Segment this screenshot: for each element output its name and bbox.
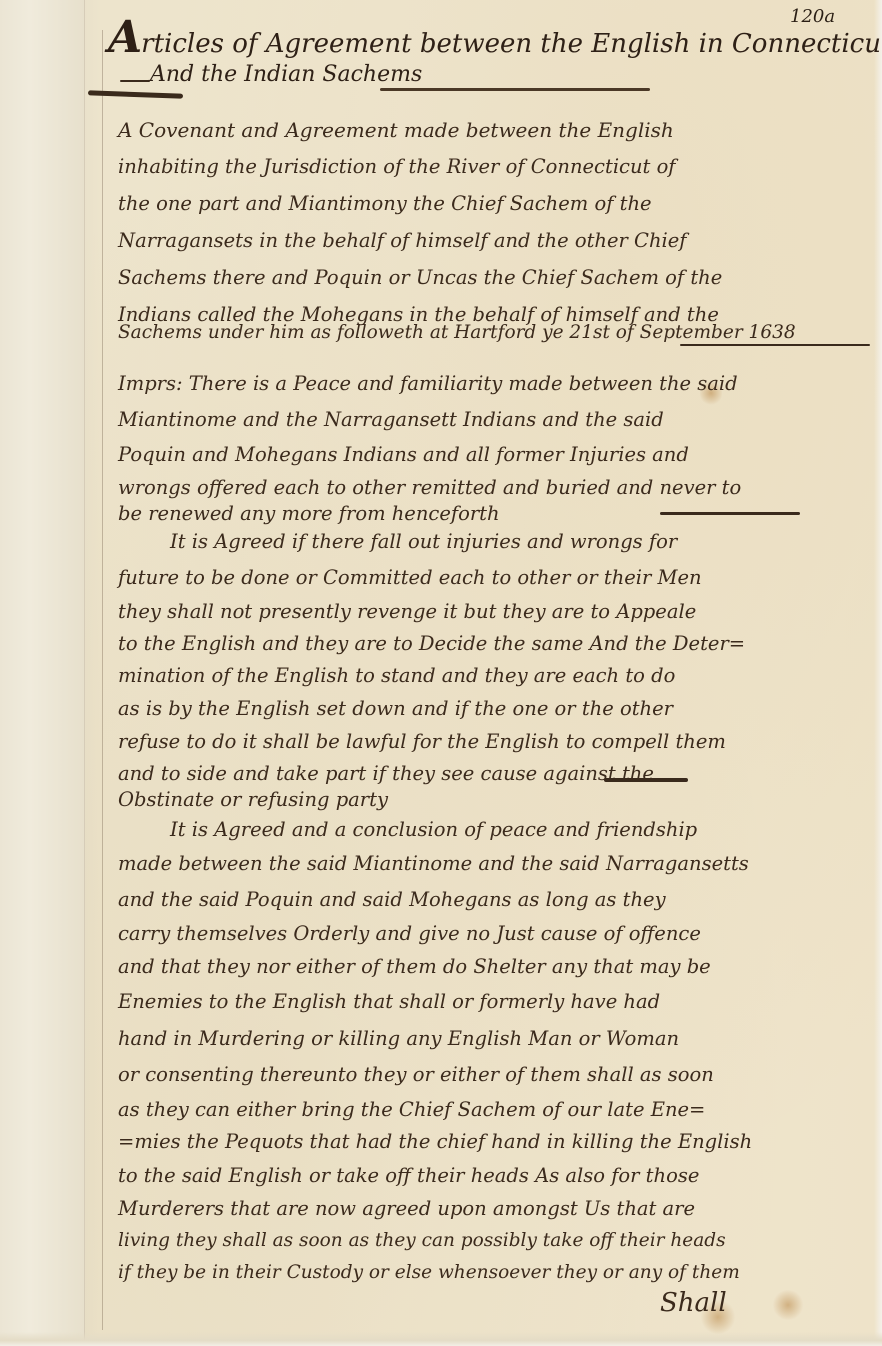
text-line: mination of the English to stand and the… [118,664,675,687]
text-line: Sachems there and Poquin or Uncas the Ch… [118,266,722,289]
page-bottom-edge [0,1332,882,1346]
catchword: Shall [660,1288,727,1318]
text-line: they shall not presently revenge it but … [118,600,696,623]
text-line: Miantinome and the Narragansett Indians … [118,408,664,431]
margin-rule-line [102,30,103,1330]
paragraph-end-flourish [660,512,800,515]
text-line: or consenting thereunto they or either o… [118,1063,714,1086]
text-line: wrongs offered each to other remitted an… [118,476,741,499]
text-line: It is Agreed if there fall out injuries … [170,530,677,553]
text-line: made between the said Miantinome and the… [118,852,749,875]
text-line: as is by the English set down and if the… [118,697,673,720]
document-subtitle: And the Indian Sachems [150,62,422,87]
text-line: hand in Murdering or killing any English… [118,1027,679,1050]
text-line: living they shall as soon as they can po… [118,1230,726,1251]
text-line: =mies the Pequots that had the chief han… [118,1130,752,1153]
title-initial: A [108,12,141,63]
foxing-stain [772,1290,804,1320]
text-line: carry themselves Orderly and give no Jus… [118,922,701,945]
text-line: to the English and they are to Decide th… [118,632,745,655]
text-line: A Covenant and Agreement made between th… [118,118,674,142]
text-line: if they be in their Custody or else when… [118,1262,740,1283]
manuscript-page: 120a Articles of Agreement between the E… [0,0,882,1346]
text-line: inhabiting the Jurisdiction of the River… [118,155,676,178]
text-line: and the said Poquin and said Mohegans as… [118,888,666,911]
text-line: Murderers that are now agreed upon among… [118,1197,695,1220]
text-line: be renewed any more from henceforth [118,502,500,525]
text-line: Enemies to the English that shall or for… [118,990,660,1013]
text-line: Narragansets in the behalf of himself an… [118,229,687,252]
text-line: and to side and take part if they see ca… [118,762,654,785]
text-line: future to be done or Committed each to o… [118,566,702,589]
text-line: as they can either bring the Chief Sache… [118,1098,705,1121]
text-line: Poquin and Mohegans Indians and all form… [118,443,689,466]
text-line: Sachems under him as followeth at Hartfo… [118,322,796,343]
left-fold-margin [0,0,85,1346]
title-flourish [120,80,150,82]
text-line: and that they nor either of them do Shel… [118,955,711,978]
subtitle-flourish [380,88,650,91]
text-line: to the said English or take off their he… [118,1164,699,1187]
document-title: Articles of Agreement between the Englis… [108,12,882,63]
title-text: rticles of Agreement between the English… [141,29,882,59]
text-line: It is Agreed and a conclusion of peace a… [170,818,697,841]
text-line: Obstinate or refusing party [118,788,388,811]
page-right-edge [874,0,882,1346]
date-underline [680,344,870,346]
text-line: the one part and Miantimony the Chief Sa… [118,192,652,215]
text-line: Imprs: There is a Peace and familiarity … [118,372,738,395]
text-line: refuse to do it shall be lawful for the … [118,730,726,753]
